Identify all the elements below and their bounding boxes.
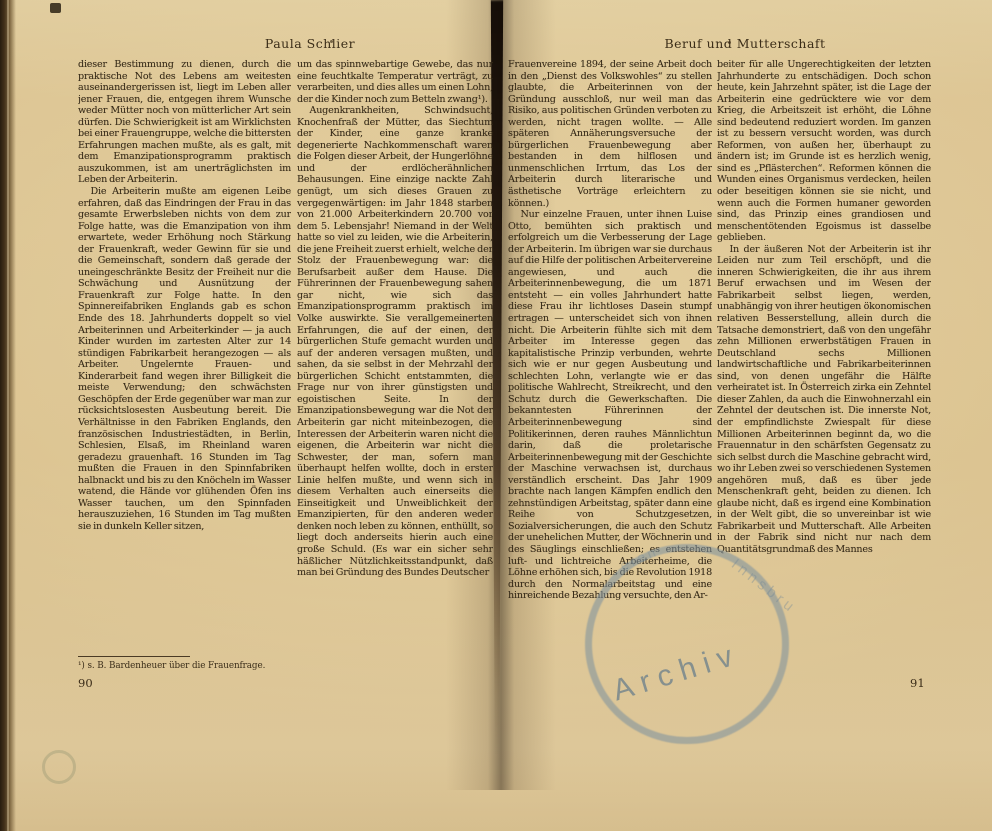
paragraph: Nur einzelne Frauen, unter ihnen Luise O… [508, 209, 712, 602]
running-header-left: Paula Schlier [130, 36, 490, 51]
scan-artifact-mark [50, 3, 61, 13]
page-number-right: 91 [910, 676, 925, 690]
footnote-rule [78, 656, 190, 657]
left-page-column-2: um das spinnwebartige Gewebe, das nur ei… [297, 59, 493, 663]
right-page-column-2: beiter für alle Ungerechtigkeiten der le… [717, 59, 931, 663]
book-scan: Paula Schlier dieser Bestimmung zu diene… [0, 0, 992, 831]
paragraph: dieser Bestimmung zu dienen, durch die p… [78, 59, 291, 186]
paper-smudge [42, 750, 76, 784]
paragraph: In der äußeren Not der Arbeiterin ist ih… [717, 244, 931, 556]
paragraph: um das spinnwebartige Gewebe, das nur ei… [297, 59, 493, 105]
paragraph: Augenkrankheiten, Schwindsucht, Knochenf… [297, 105, 493, 578]
left-page-column-1: dieser Bestimmung zu dienen, durch die p… [78, 59, 291, 653]
paragraph: Die Arbeiterin mußte am eigenen Leibe er… [78, 186, 291, 532]
paragraph: beiter für alle Ungerechtigkeiten der le… [717, 59, 931, 244]
running-header-right: Beruf und Mutterschaft [540, 36, 950, 51]
page-number-left: 90 [78, 676, 93, 690]
right-page-column-1: Frauenvereine 1894, der seine Arbeit doc… [508, 59, 712, 663]
paragraph: Frauenvereine 1894, der seine Arbeit doc… [508, 59, 712, 209]
page-edge-highlight [7, 0, 9, 831]
footnote: ¹) s. B. Bardenheuer über die Frauenfrag… [78, 661, 338, 671]
